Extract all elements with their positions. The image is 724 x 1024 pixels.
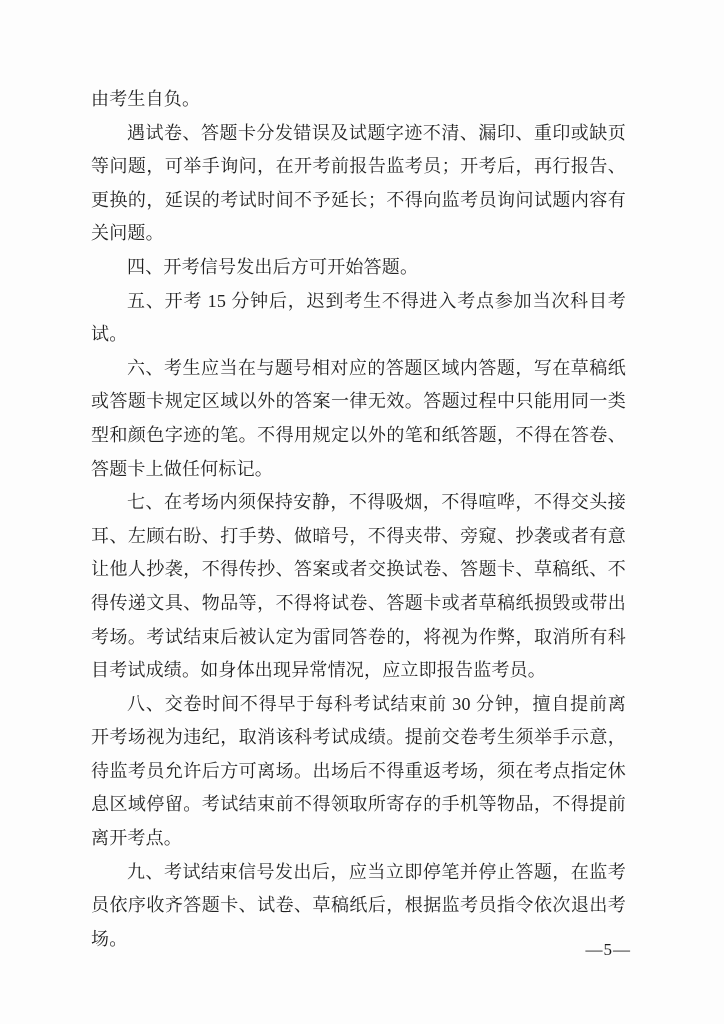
paragraph-rule-6: 六、考生应当在与题号相对应的答题区域内答题，写在草稿纸或答题卡规定区域以外的答案…	[91, 352, 626, 486]
paragraph-rule-4: 四、开考信号发出后方可开始答题。	[91, 251, 626, 285]
document-page: 由考生自负。 遇试卷、答题卡分发错误及试题字迹不清、漏印、重印或缺页等问题，可举…	[0, 0, 724, 1024]
paragraph-rule-9: 九、考试结束信号发出后，应当立即停笔并停止答题，在监考员依序收齐答题卡、试卷、草…	[91, 856, 626, 957]
paragraph-rule-7: 七、在考场内须保持安静，不得吸烟，不得喧哗，不得交头接耳、左顾右盼、打手势、做暗…	[91, 486, 626, 688]
paragraph-distribution-errors: 遇试卷、答题卡分发错误及试题字迹不清、漏印、重印或缺页等问题，可举手询问，在开考…	[91, 117, 626, 251]
document-body: 由考生自负。 遇试卷、答题卡分发错误及试题字迹不清、漏印、重印或缺页等问题，可举…	[91, 83, 626, 956]
paragraph-rule-8: 八、交卷时间不得早于每科考试结束前 30 分钟，擅自提前离开考场视为违纪，取消该…	[91, 688, 626, 856]
paragraph-rule-5: 五、开考 15 分钟后，迟到考生不得进入考点参加当次科目考试。	[91, 285, 626, 352]
page-number: —5—	[586, 939, 632, 961]
paragraph-continuation: 由考生自负。	[91, 83, 626, 117]
